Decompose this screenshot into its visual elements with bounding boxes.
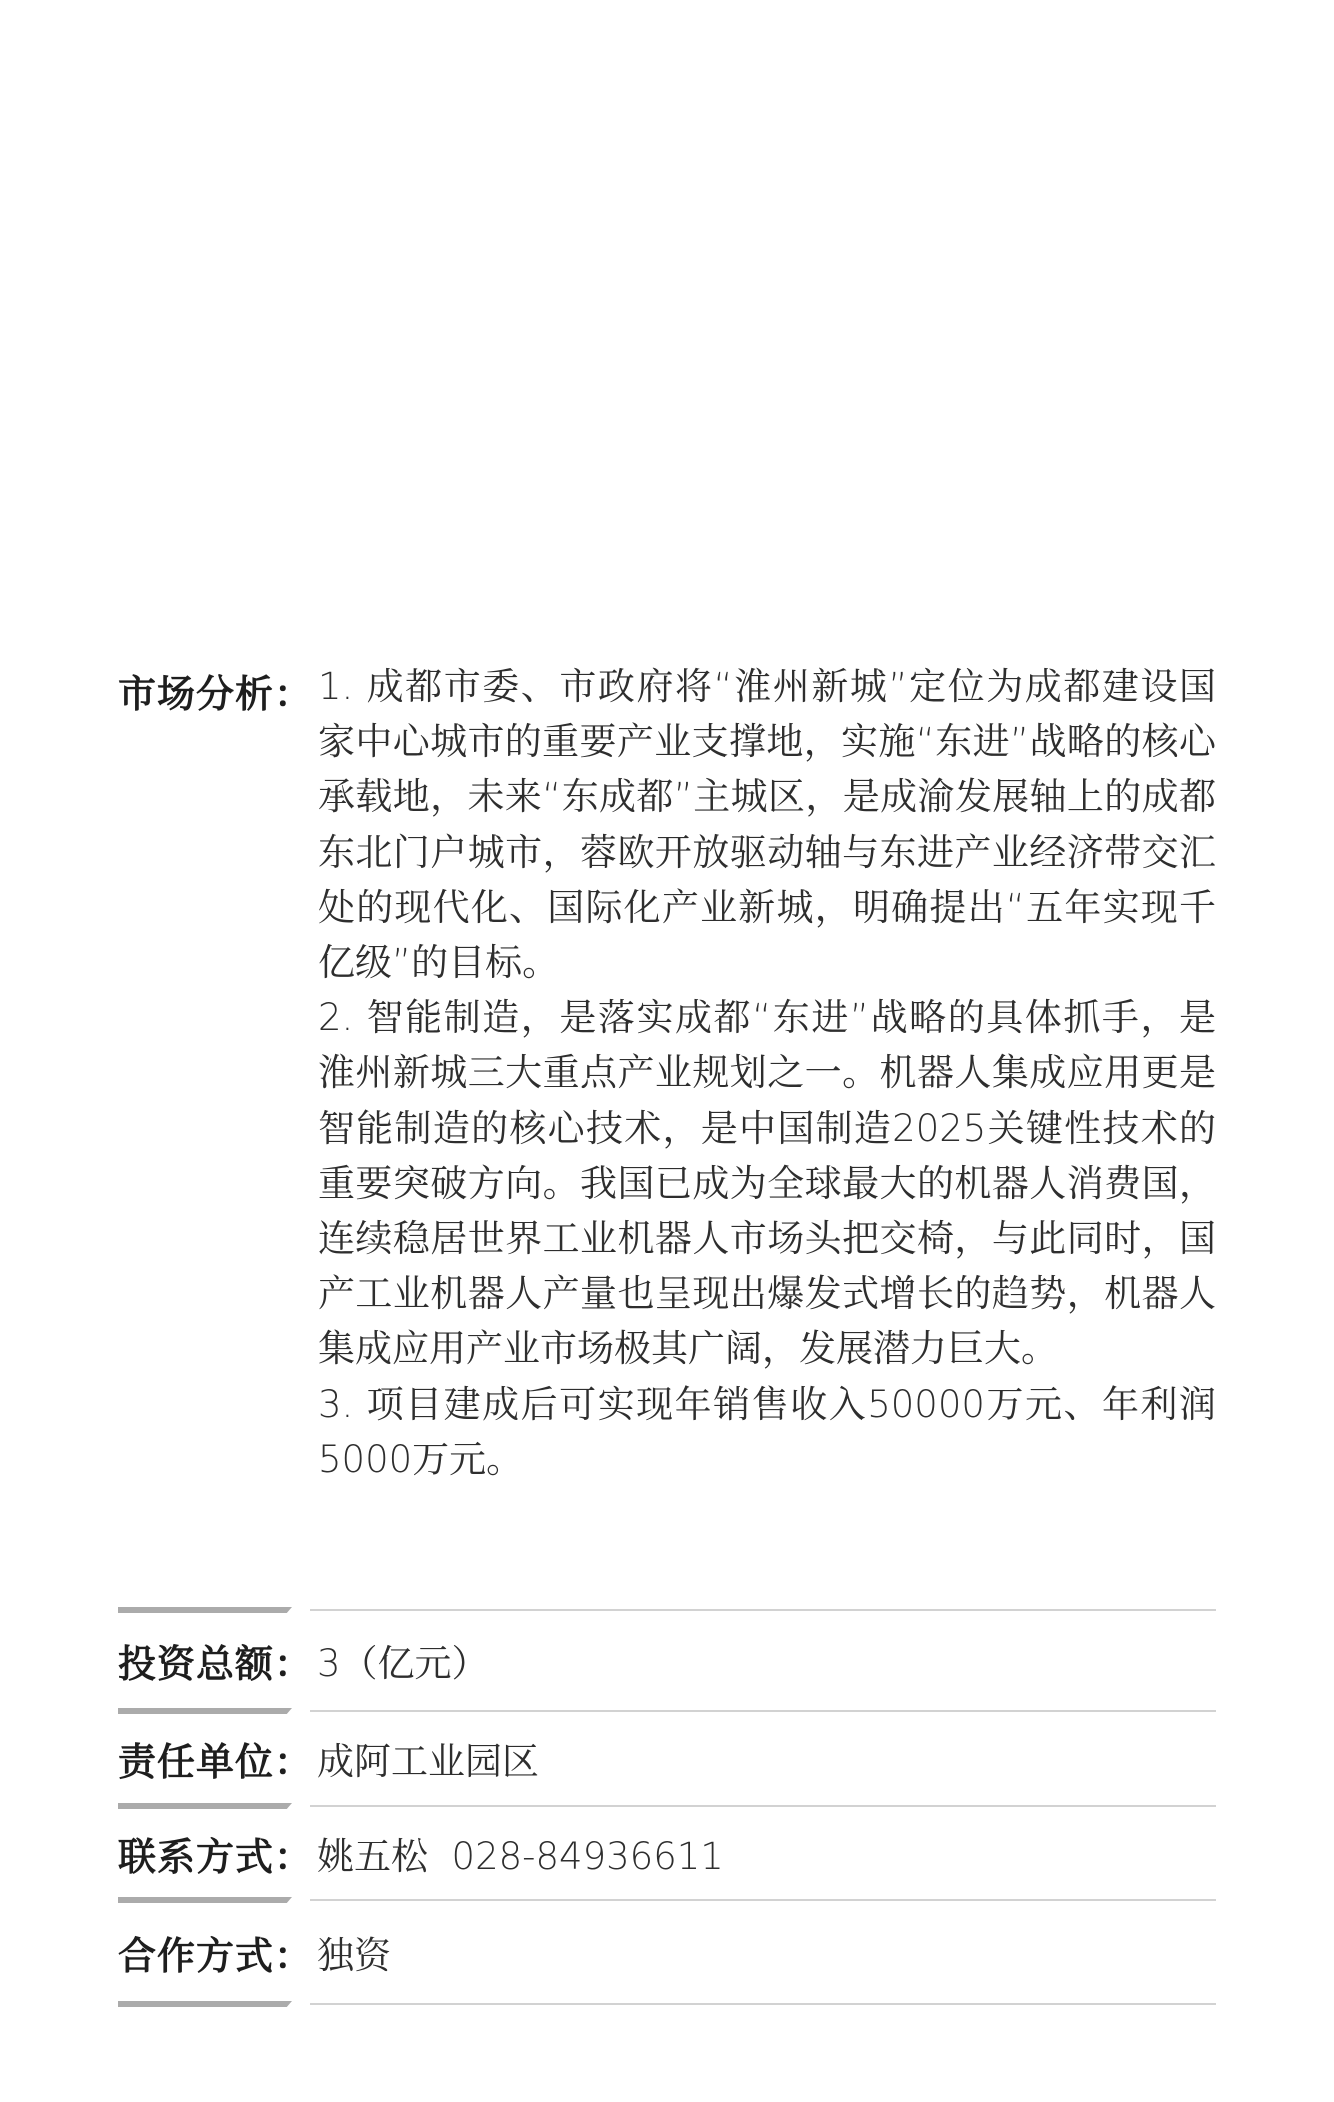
value-divider — [310, 1805, 1216, 1807]
project-info-page: 市场分析： 1. 成都市委、市政府将“淮州新城”定位为成都建设国家中心城市的重要… — [0, 0, 1334, 2102]
contact-value: 姚五松 028-84936611 — [317, 1826, 724, 1880]
market-analysis-body: 1. 成都市委、市政府将“淮州新城”定位为成都建设国家中心城市的重要产业支撑地，… — [318, 659, 1216, 1487]
label-divider — [118, 1897, 292, 1903]
value-divider — [310, 2003, 1216, 2005]
contact-label: 联系方式： — [118, 1826, 318, 1881]
value-divider — [310, 1609, 1216, 1611]
responsible-unit-value: 成阿工业园区 — [317, 1731, 539, 1785]
label-divider — [118, 2001, 292, 2007]
responsible-unit-label: 责任单位： — [118, 1731, 318, 1786]
cooperation-value: 独资 — [317, 1925, 391, 1979]
investment-label: 投资总额： — [118, 1633, 318, 1688]
market-analysis-paragraph-3: 3. 项目建成后可实现年销售收入50000万元、年利润5000万元。 — [318, 1377, 1216, 1487]
value-divider — [310, 1710, 1216, 1712]
market-analysis-label: 市场分析： — [118, 663, 318, 718]
market-analysis-paragraph-2: 2. 智能制造，是落实成都“东进”战略的具体抓手，是淮州新城三大重点产业规划之一… — [318, 990, 1216, 1376]
investment-value: 3（亿元） — [317, 1633, 489, 1687]
label-divider — [118, 1803, 292, 1809]
value-divider — [310, 1899, 1216, 1901]
label-divider — [118, 1607, 292, 1613]
market-analysis-paragraph-1: 1. 成都市委、市政府将“淮州新城”定位为成都建设国家中心城市的重要产业支撑地，… — [318, 659, 1216, 990]
cooperation-label: 合作方式： — [118, 1925, 318, 1980]
label-divider — [118, 1708, 292, 1714]
